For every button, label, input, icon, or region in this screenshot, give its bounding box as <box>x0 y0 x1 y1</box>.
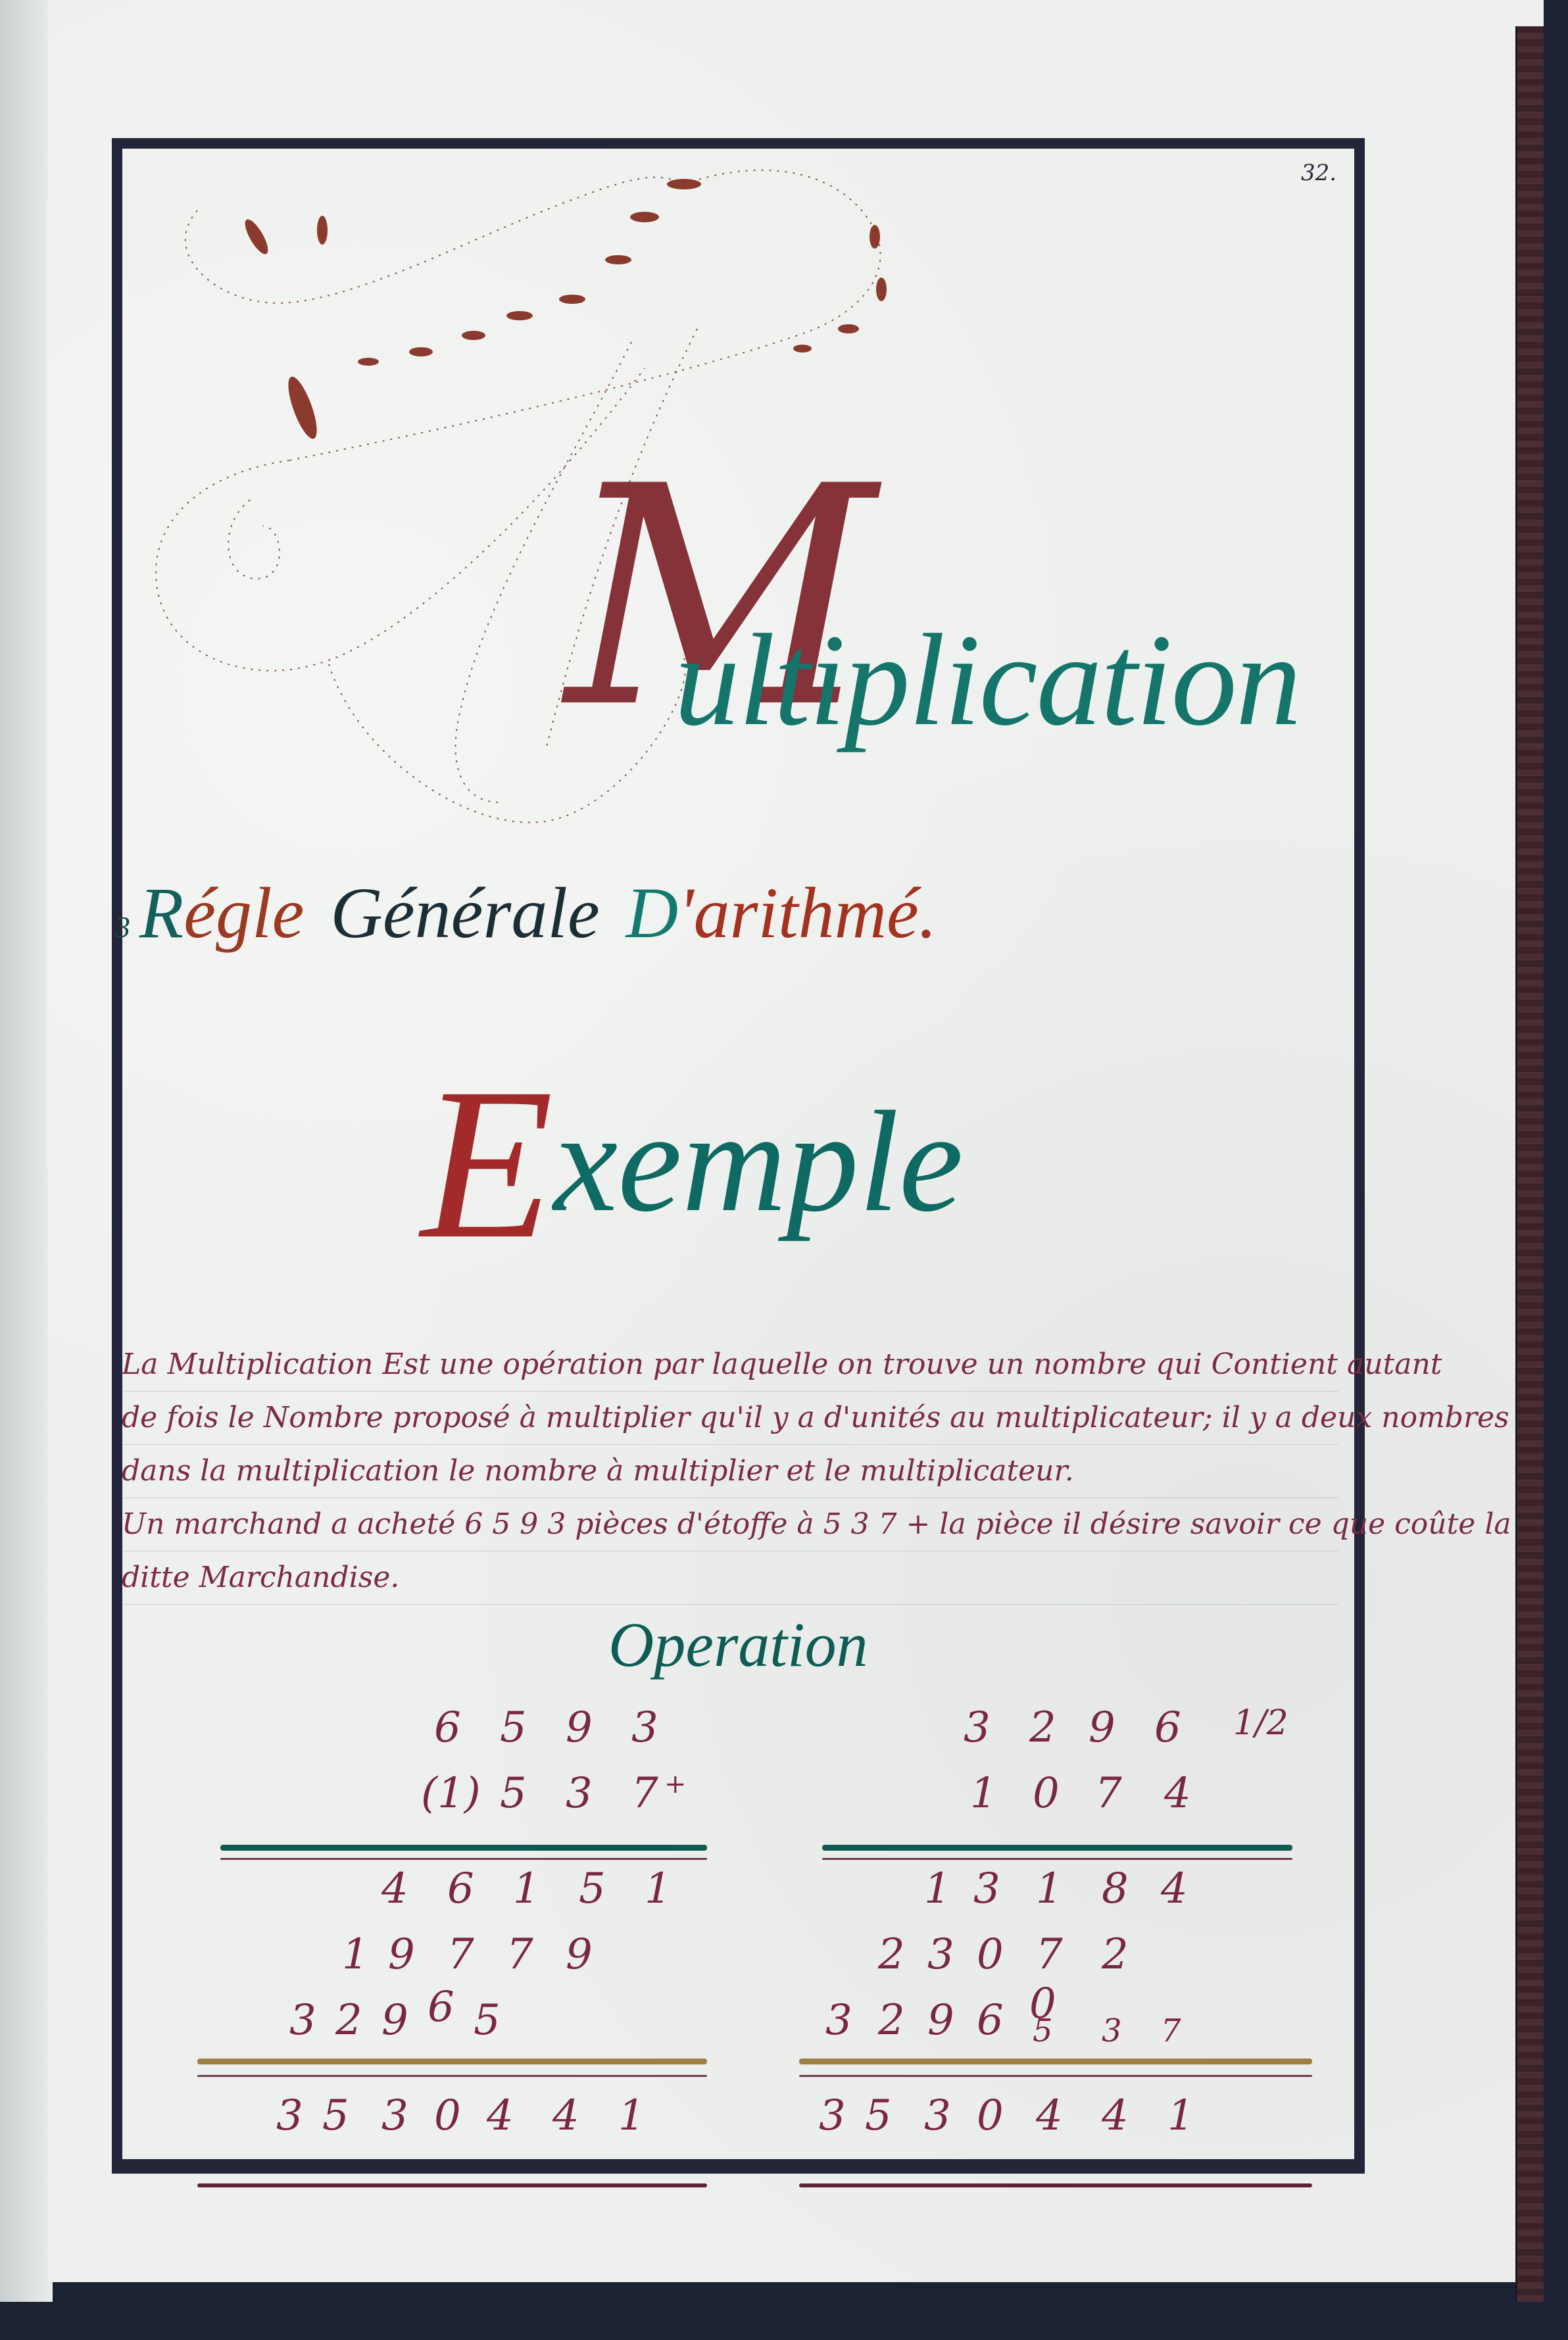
multiplicand-row: 3 2 9 6 1/2 <box>799 1703 1299 1769</box>
multiplication-left: 6 5 9 3 (1) 5 3 7 + 4 6 1 5 1 1 9 7 7 9 … <box>197 1703 697 2157</box>
subtitle: 3RégleGénéraleD'arithmé. <box>115 871 937 955</box>
page-number: 32. <box>1301 160 1336 186</box>
digit: 1 <box>1167 2091 1194 2140</box>
partial-row: 1 3 1 8 4 <box>799 1865 1299 1930</box>
subtitle-word-regle: Régle <box>139 873 304 953</box>
subtitle-word-regle-rest: égle <box>184 873 304 953</box>
digit: 6 <box>434 1703 461 1752</box>
body-line: Un marchand a acheté 6 5 9 3 pièces d'ét… <box>122 1498 1338 1551</box>
thin-rule <box>799 2075 1312 2077</box>
digit: 9 <box>566 1703 593 1752</box>
green-rule <box>822 1845 1292 1851</box>
digit: 3 <box>631 1703 658 1752</box>
digit: 5 <box>579 1865 606 1913</box>
digit: 8 <box>1102 1865 1129 1913</box>
digit: 4 <box>1036 2091 1063 2140</box>
digit: 7 <box>1095 1769 1122 1818</box>
operation-heading: Operation <box>608 1608 868 1681</box>
example-initial: E <box>421 1044 554 1284</box>
digit: 3 <box>289 1996 316 2045</box>
digit: 2 <box>878 1930 905 1979</box>
digit: 3 <box>819 2091 846 2140</box>
digit: 3 <box>964 1703 991 1752</box>
body-line: dans la multiplication le nombre à multi… <box>122 1445 1338 1498</box>
digit: 3 <box>381 2091 408 2140</box>
subtitle-number: 3 <box>115 910 130 944</box>
digit: 7 <box>506 1930 533 1979</box>
digit: 5 <box>322 2091 349 2140</box>
digit: 9 <box>381 1996 408 2045</box>
digit: 9 <box>566 1930 593 1979</box>
green-rule <box>220 1845 707 1851</box>
digit: 3 <box>927 1930 954 1979</box>
digit: 2 <box>1102 1930 1129 1979</box>
digit: 0 <box>434 2091 461 2140</box>
digit: 1 <box>618 2091 645 2140</box>
digit: 3 <box>825 1996 852 2045</box>
result-row: 3 5 3 0 4 4 1 <box>197 2091 697 2157</box>
gold-rule <box>799 2059 1312 2064</box>
digit: 2 <box>335 1996 362 2045</box>
gold-rule <box>197 2059 707 2064</box>
partial-row: 4 6 1 5 1 <box>197 1865 697 1930</box>
digit: 7 <box>447 1930 474 1979</box>
thin-rule <box>220 1858 707 1860</box>
plum-rule <box>197 2183 707 2187</box>
digit: + <box>664 1769 687 1799</box>
digit: 2 <box>1029 1703 1056 1752</box>
digit: 5 <box>500 1769 527 1818</box>
digit: 4 <box>1164 1769 1191 1818</box>
example-heading: Exemple <box>421 1039 964 1288</box>
digit: 3 <box>924 2091 951 2140</box>
thin-rule <box>822 1858 1292 1860</box>
digit: 9 <box>927 1996 954 2045</box>
digit: 3 <box>1102 2012 1122 2049</box>
digit: 6 <box>1154 1703 1181 1752</box>
subtitle-word-arithmetique: D'arithmé. <box>626 873 937 953</box>
digit: (1) <box>421 1769 481 1818</box>
digit: 1 <box>924 1865 951 1913</box>
plum-rule <box>799 2183 1312 2187</box>
subtitle-word-generale: Générale <box>330 873 599 953</box>
multiplicand-row: 6 5 9 3 <box>197 1703 697 1769</box>
digit: 4 <box>381 1865 408 1913</box>
result-row: 3 5 3 0 4 4 1 <box>799 2091 1299 2157</box>
digit: 6 <box>977 1996 1004 2045</box>
body-paragraph: La Multiplication Est une opération par … <box>122 1338 1338 1605</box>
partial-row: 3 2 9 6 0 5 3 7 <box>799 1996 1299 2062</box>
body-line: La Multiplication Est une opération par … <box>122 1338 1338 1392</box>
digit: 7 <box>1036 1930 1063 1979</box>
partial-row: 3 2 9 6 5 <box>197 1996 697 2062</box>
digit: 1 <box>342 1930 369 1979</box>
facing-page-edge <box>0 0 53 2302</box>
digit: 5 <box>474 1996 501 2045</box>
multiplication-right: 3 2 9 6 1/2 1 0 7 4 1 3 1 8 4 2 3 0 7 2 … <box>799 1703 1299 2157</box>
book-binding <box>1515 26 1544 2302</box>
digit: 2 <box>878 1996 905 2045</box>
multiplier-row: 1 0 7 4 <box>799 1769 1299 1835</box>
digit: 6 <box>428 1983 454 2032</box>
digit: 1 <box>970 1769 997 1818</box>
digit: 4 <box>487 2091 514 2140</box>
page-title: ultiplication <box>674 605 1300 756</box>
digit: 1 <box>1036 1865 1063 1913</box>
multiplier-row: (1) 5 3 7 + <box>197 1769 697 1835</box>
subtitle-word-regle-initial: R <box>139 873 184 953</box>
digit: 9 <box>1089 1703 1115 1752</box>
body-line: ditte Marchandise. <box>122 1551 1338 1605</box>
digit: 1 <box>645 1865 672 1913</box>
digit: 5 <box>500 1703 527 1752</box>
digit: 0 <box>977 1930 1004 1979</box>
thin-rule <box>197 2075 707 2077</box>
digit: 4 <box>552 2091 579 2140</box>
fraction: 1/2 <box>1233 1703 1288 1743</box>
subtitle-word-arithmetique-initial: D <box>626 873 678 953</box>
digit: 4 <box>1161 1865 1188 1913</box>
digit: 0 <box>1033 1769 1060 1818</box>
body-line: de fois le Nombre proposé à multiplier q… <box>122 1392 1338 1445</box>
digit: 9 <box>388 1930 415 1979</box>
digit: 0 <box>977 2091 1004 2140</box>
example-rest: xemple <box>554 1081 964 1242</box>
digit: 5 <box>1033 2012 1053 2049</box>
digit: 4 <box>1102 2091 1129 2140</box>
digit: 1 <box>513 1865 540 1913</box>
digit: 6 <box>447 1865 474 1913</box>
digit: 3 <box>276 2091 303 2140</box>
digit: 5 <box>865 2091 892 2140</box>
digit: 7 <box>1161 2012 1181 2049</box>
digit: 3 <box>566 1769 593 1818</box>
digit: 7 <box>631 1769 658 1818</box>
subtitle-word-arithmetique-rest: 'arithmé. <box>678 873 937 953</box>
digit: 3 <box>973 1865 1000 1913</box>
